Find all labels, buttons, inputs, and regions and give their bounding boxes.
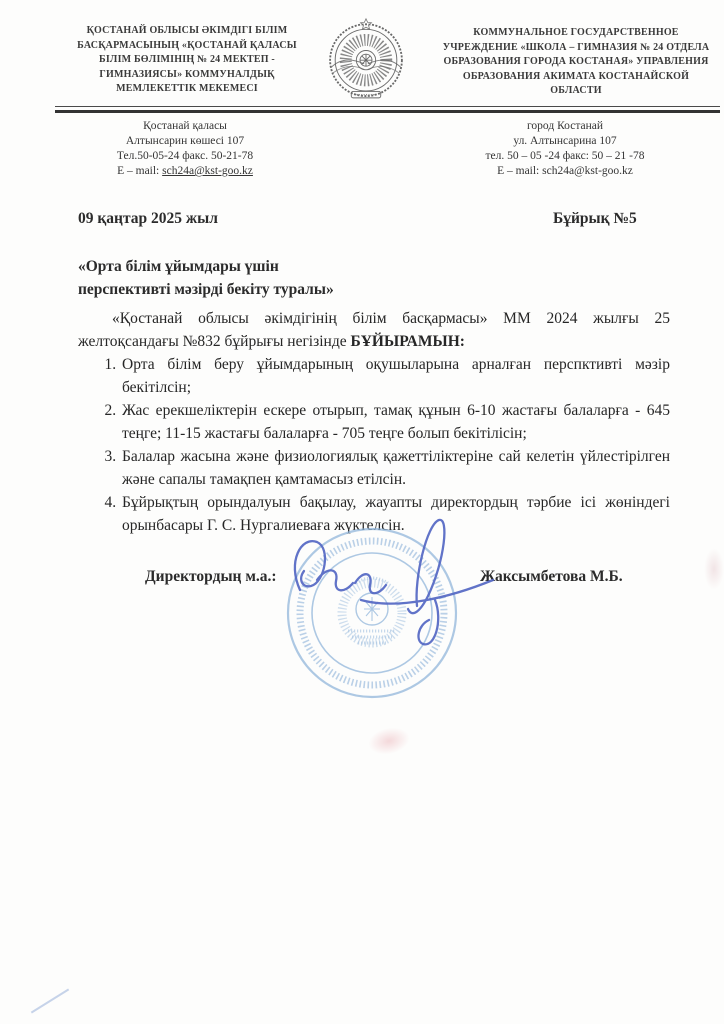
contact-block-russian: город Костанай ул. Алтынсарина 107 тел. … [430, 119, 700, 179]
email-label: E – mail: [117, 165, 162, 177]
phone-ru: тел. 50 – 05 -24 факс: 50 – 21 -78 [430, 149, 700, 164]
order-date: 09 қаңтар 2025 жыл [78, 210, 218, 228]
city-ru: город Костанай [430, 119, 700, 134]
order-body: «Қостанай облысы әкімдігінің білім басқа… [78, 308, 670, 538]
intro-directive: БҰЙЫРАМЫН: [350, 333, 464, 350]
email-address: sch24a@kst-goo.kz [162, 165, 253, 177]
edge-smudge [704, 548, 724, 590]
scanned-order-document: ҚОСТАНАЙ ОБЛЫСЫ ӘКІМДІГІ БІЛІМ БАСҚАРМАС… [0, 0, 724, 1024]
order-item-3: Балалар жасына және физиологиялық қажетт… [120, 446, 670, 491]
org-name-russian: КОММУНАЛЬНОЕ ГОСУДАРСТВЕННОЕ УЧРЕЖДЕНИЕ … [438, 26, 714, 99]
email-kz: E – mail: sch24a@kst-goo.kz [70, 164, 300, 179]
handwritten-signature [265, 508, 505, 673]
order-item-1: Орта білім беру ұйымдарының оқушыларына … [120, 354, 670, 399]
letterhead-divider-thick [55, 110, 720, 113]
email-ru: E – mail: sch24a@kst-goo.kz [430, 164, 700, 179]
street-ru: ул. Алтынсарина 107 [430, 134, 700, 149]
order-subject: «Орта білім ұйымдары үшін перспективті м… [78, 255, 498, 301]
letterhead-divider-thin [55, 106, 720, 107]
kazakhstan-emblem-icon [320, 16, 412, 108]
order-item-2: Жас ерекшеліктерін ескере отырып, тамақ … [120, 400, 670, 445]
street-kz: Алтынсарин көшесі 107 [70, 134, 300, 149]
order-number: Бұйрық №5 [553, 210, 637, 228]
signatory-title: Директордың м.а.: [145, 568, 277, 586]
org-name-kazakh: ҚОСТАНАЙ ОБЛЫСЫ ӘКІМДІГІ БІЛІМ БАСҚАРМАС… [68, 24, 306, 97]
faded-stamp-residue [366, 724, 412, 758]
subject-line-1: «Орта білім ұйымдары үшін [78, 255, 498, 278]
pen-scratch-mark [31, 988, 69, 1013]
intro-paragraph: «Қостанай облысы әкімдігінің білім басқа… [78, 308, 670, 353]
contact-block-kazakh: Қостанай қаласы Алтынсарин көшесі 107 Те… [70, 119, 300, 179]
city-kz: Қостанай қаласы [70, 119, 300, 134]
subject-line-2: перспективті мәзірді бекіту туралы» [78, 278, 498, 301]
phone-kz: Тел.50-05-24 факс. 50-21-78 [70, 149, 300, 164]
